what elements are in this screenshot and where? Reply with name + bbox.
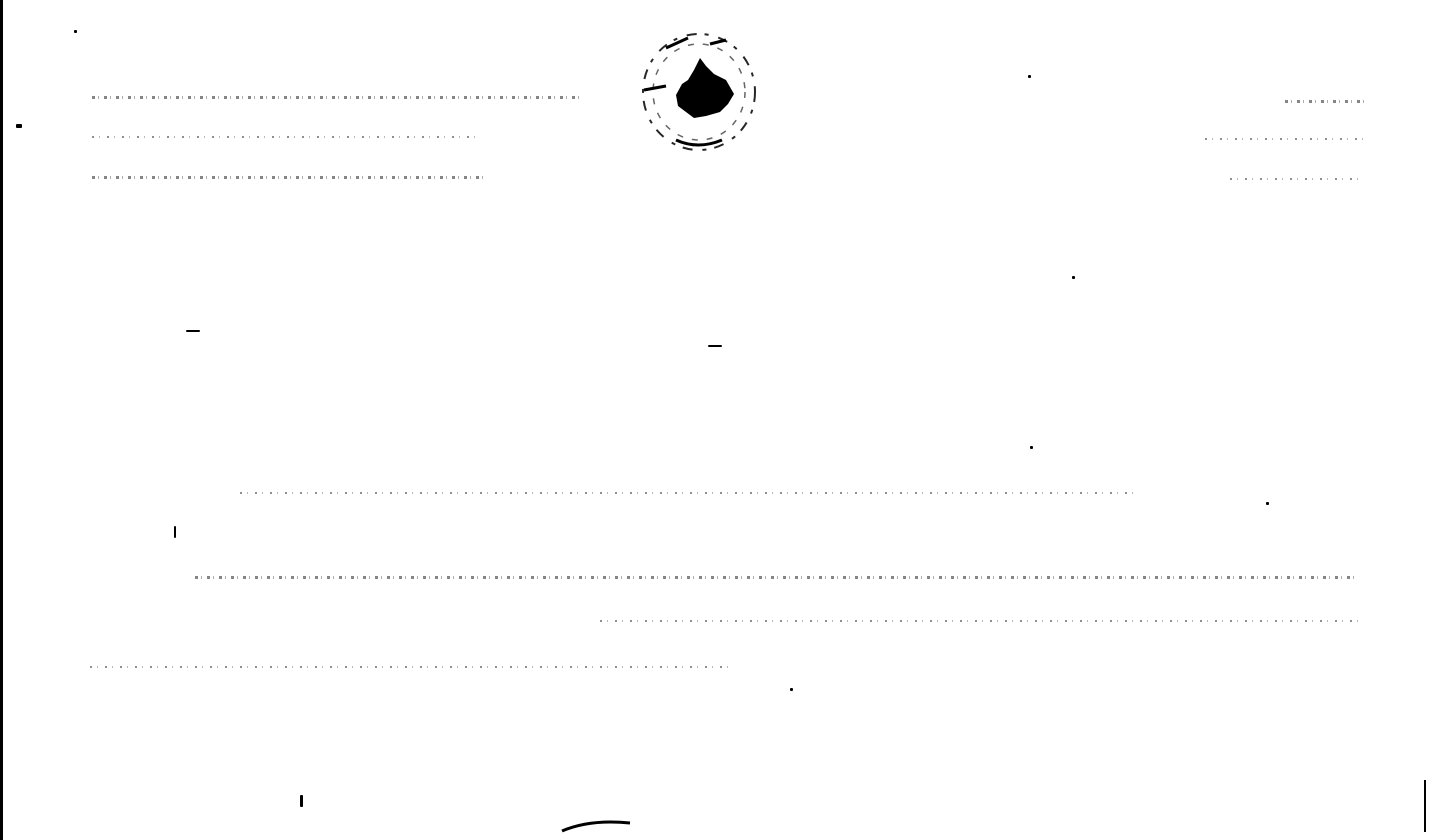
scan-speck (708, 345, 722, 347)
header-right-line-3: [illegible] (1230, 178, 1360, 180)
scan-speck (186, 330, 200, 332)
scan-speck (16, 124, 22, 128)
body-line-1: [illegible] (240, 492, 1140, 494)
body-line-4: [illegible] (90, 666, 730, 668)
body-line-2: [illegible] (195, 576, 1355, 579)
scan-speck (300, 795, 303, 807)
scanned-document-page: [illegible] [illegible] [illegible] circ… (0, 0, 1440, 840)
header-left-line-3: [illegible] (92, 176, 487, 179)
header-left-line-1: [illegible] (92, 96, 582, 99)
scan-border-right (1424, 780, 1426, 832)
scan-speck (74, 30, 77, 33)
scan-speck (174, 526, 176, 538)
scan-speck (1266, 502, 1269, 505)
scan-speck (790, 688, 793, 691)
body-line-3: [illegible] (600, 620, 1360, 622)
scan-speck (1072, 276, 1075, 279)
header-left-line-2: [illegible] (92, 136, 482, 138)
header-right-line-1: [illegible] (1285, 100, 1365, 103)
seal-emblem-icon: circular emblem with dark map-shaped sil… (636, 22, 762, 156)
header-right-line-2: [illegible] (1205, 138, 1365, 140)
scan-speck (1028, 75, 1031, 78)
signature-mark: [illegible] (560, 815, 635, 833)
scan-border-left (0, 0, 3, 840)
scan-speck (1030, 446, 1033, 449)
